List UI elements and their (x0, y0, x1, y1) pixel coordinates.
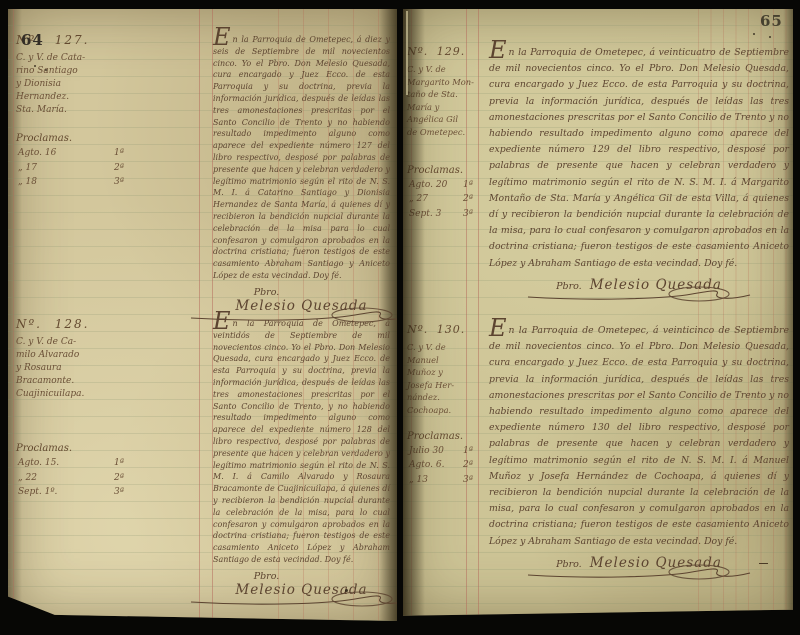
record-body: En la Parroquia de Ometepec, á veinticua… (489, 45, 789, 302)
scanned-register-book: 64 Nº. 127. C. y V. de Cata- rino Santia… (0, 0, 800, 635)
proclama-ordinal: 3ª (463, 207, 473, 222)
proclama-ordinal: 1ª (463, 444, 473, 459)
proclama-row: „ 172ª (16, 161, 124, 176)
signature-block: Pbro. Melesio Quesada (489, 277, 789, 302)
proclama-ordinal: 2ª (463, 192, 473, 207)
signature-flourish (524, 564, 754, 580)
proclama-date: Agto. 6. (409, 458, 444, 473)
proclama-ordinal: 3ª (114, 485, 124, 500)
ink-speck (34, 65, 36, 67)
proclama-date: Agto. 15. (18, 456, 59, 471)
signature-flourish (187, 591, 417, 607)
ink-speck (45, 69, 47, 71)
proclamas-label: Proclamas. (16, 133, 212, 144)
initial-capital: E (489, 314, 507, 342)
signature-flourish (524, 286, 754, 302)
record-text: En la Parroquia de Ometepec, á diez y se… (213, 33, 390, 282)
proclama-ordinal: 2ª (463, 458, 473, 473)
proclama-date: „ 13 (409, 473, 428, 488)
record-parties: C. y V. de Ca- milo Alvarado y Rosaura B… (16, 336, 212, 401)
page-left: 64 Nº. 127. C. y V. de Cata- rino Santia… (8, 9, 397, 621)
record-parties: C. y V. de Manuel Muñoz y Josefa Her- ná… (407, 341, 485, 417)
signature-title: Pbro. (254, 287, 280, 298)
page-edge-sliver (406, 11, 408, 95)
proclama-ordinal: 1ª (114, 146, 124, 161)
proclama-row: Agto. 15.1ª (16, 456, 124, 471)
margin-notes: Nº. 129. C. y V. de Margarito Mon- taño … (407, 45, 485, 302)
margin-notes: Nº. 127. C. y V. de Cata- rino Santiago … (12, 33, 212, 323)
page-number: 65 (760, 12, 783, 30)
proclama-date: Julio 30 (409, 444, 444, 459)
proclama-ordinal: 1ª (463, 178, 473, 193)
proclama-date: „ 22 (18, 471, 37, 486)
record-body: En la Parroquia de Ometepec, á veinticin… (489, 323, 789, 580)
proclamas-block: Proclamas. Agto. 161ª „ 172ª „ 183ª (16, 133, 212, 190)
proclama-row: Agto. 201ª (407, 178, 473, 193)
proclama-row: Julio 301ª (407, 444, 473, 459)
record-text-content: n la Parroquia de Ometepec, á veinticinc… (489, 325, 789, 547)
ink-speck (345, 589, 348, 592)
record-text: En la Parroquia de Ometepec, á veintidós… (213, 317, 390, 566)
record-text-content: n la Parroquia de Ometepec, á veintidós … (213, 319, 390, 564)
proclama-row: „ 183ª (16, 175, 124, 190)
proclama-ordinal: 1ª (114, 456, 124, 471)
proclama-row: „ 272ª (407, 192, 473, 207)
proclama-date: „ 27 (409, 192, 428, 207)
proclama-row: Agto. 161ª (16, 146, 124, 161)
proclamas-label: Proclamas. (407, 165, 485, 176)
initial-capital: E (489, 36, 507, 64)
record-number: Nº. 128. (16, 317, 212, 331)
margin-notes: Nº. 128. C. y V. de Ca- milo Alvarado y … (12, 317, 212, 607)
ink-speck (753, 33, 755, 35)
marriage-record-128: Nº. 128. C. y V. de Ca- milo Alvarado y … (12, 317, 394, 607)
record-number: Nº. 130. (407, 323, 485, 336)
record-text: En la Parroquia de Ometepec, á veinticin… (489, 323, 789, 550)
proclama-row: Agto. 6.2ª (407, 458, 473, 473)
proclama-date: Sept. 1º. (18, 485, 57, 500)
proclama-row: Sept. 33ª (407, 207, 473, 222)
proclamas-block: Proclamas. Julio 301ª Agto. 6.2ª „ 133ª (407, 431, 485, 488)
proclama-ordinal: 2ª (114, 161, 124, 176)
marriage-record-129: Nº. 129. C. y V. de Margarito Mon- taño … (407, 45, 789, 302)
signature-block: Pbro. Melesio Quesada (213, 571, 390, 607)
proclama-row: Sept. 1º.3ª (16, 485, 124, 500)
record-text-content: n la Parroquia de Ometepec, á veinticuat… (489, 47, 789, 269)
proclama-row: „ 133ª (407, 473, 473, 488)
proclamas-label: Proclamas. (16, 443, 212, 454)
record-body: En la Parroquia de Ometepec, á veintidós… (213, 317, 390, 607)
record-body: En la Parroquia de Ometepec, á diez y se… (213, 33, 390, 323)
proclamas-block: Proclamas. Agto. 15.1ª „ 222ª Sept. 1º.3… (16, 443, 212, 500)
signature-title: Pbro. (254, 571, 280, 582)
marriage-record-130: Nº. 130. C. y V. de Manuel Muñoz y Josef… (407, 323, 789, 580)
margin-notes: Nº. 130. C. y V. de Manuel Muñoz y Josef… (407, 323, 485, 580)
proclama-date: Sept. 3 (409, 207, 441, 222)
record-text-content: n la Parroquia de Ometepec, á diez y sei… (213, 35, 390, 280)
marriage-record-127: Nº. 127. C. y V. de Cata- rino Santiago … (12, 33, 394, 323)
margin-rule-line (411, 9, 412, 617)
proclama-date: „ 17 (18, 161, 37, 176)
proclama-ordinal: 3ª (114, 175, 124, 190)
record-number: Nº. 129. (407, 45, 485, 58)
proclama-ordinal: 2ª (114, 471, 124, 486)
signature-block: Pbro. Melesio Quesada (489, 555, 789, 580)
ink-dash (759, 563, 768, 564)
proclama-date: Agto. 20 (409, 178, 447, 193)
proclamas-block: Proclamas. Agto. 201ª „ 272ª Sept. 33ª (407, 165, 485, 222)
page-number: 64 (21, 31, 44, 49)
record-text: En la Parroquia de Ometepec, á veinticua… (489, 45, 789, 272)
proclama-ordinal: 3ª (463, 473, 473, 488)
ink-speck (769, 36, 771, 38)
page-right: 65 Nº. 129. C. y V. de Margarito Mon- ta… (403, 9, 793, 617)
record-parties: C. y V. de Cata- rino Santiago y Dionisi… (16, 52, 212, 117)
record-number: Nº. 127. (16, 33, 212, 47)
proclama-date: „ 18 (18, 175, 37, 190)
proclama-date: Agto. 16 (18, 146, 56, 161)
record-parties: C. y V. de Margarito Mon- taño de Sta. M… (407, 63, 485, 139)
proclamas-label: Proclamas. (407, 431, 485, 442)
proclama-row: „ 222ª (16, 471, 124, 486)
